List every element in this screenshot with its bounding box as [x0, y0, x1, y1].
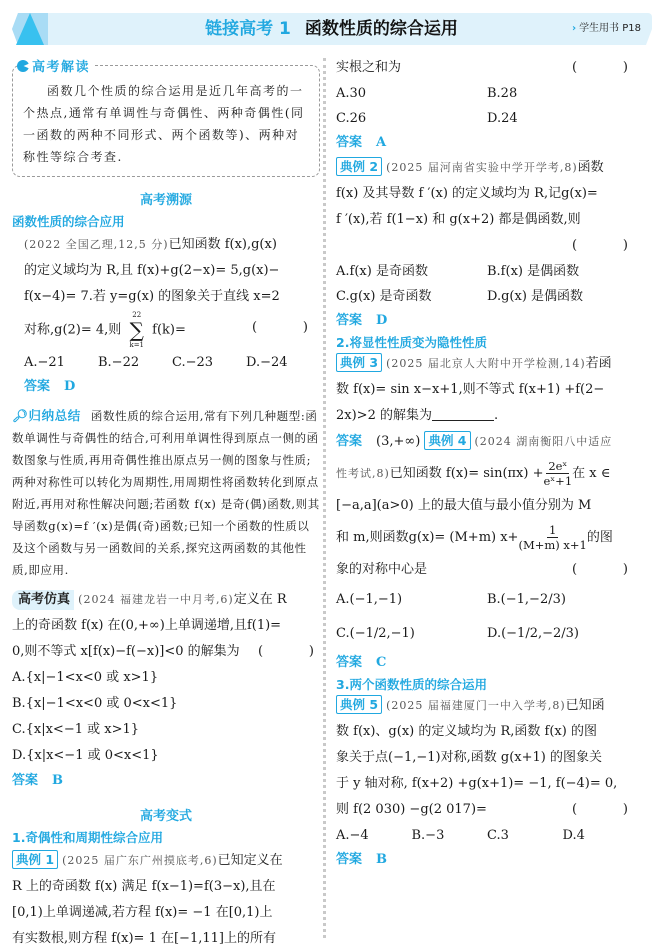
left-column: 高考解读 函数几个性质的综合运用是近几年高考的一个热点,通常有单调性与奇偶性、两… — [12, 55, 320, 949]
options: A.−21B.−22C.−23D.−24 — [24, 350, 320, 375]
subtitle-2: 2.将显性性质变为隐性性质 — [336, 333, 638, 351]
pacman-icon — [17, 60, 29, 72]
chapter-title: 函数性质的综合运用 — [305, 19, 458, 39]
answer: 答案B — [12, 769, 320, 793]
answer: 答案B — [336, 848, 638, 872]
intro-box: 高考解读 函数几个性质的综合运用是近几年高考的一个热点,通常有单调性与奇偶性、两… — [12, 65, 320, 177]
example-3: 典例 3(2025 届北京人大附中开学检测,14)若函 数 f(x)= sin … — [336, 351, 638, 455]
summary-block: 🔎︎归纳总结函数性质的综合运用,常有下列几种题型:函数单调性与奇偶性的结合,可利… — [12, 405, 320, 581]
page-reference: ›学生用书 P18 — [572, 13, 641, 45]
intro-text: 函数几个性质的综合运用是近几年高考的一个热点,通常有单调性与奇偶性、两种奇偶性(… — [23, 80, 309, 168]
section-title-variant: 高考变式 — [12, 805, 320, 824]
section-title-source: 高考溯源 — [12, 189, 320, 208]
ref-text: 学生用书 P18 — [579, 23, 641, 34]
answer-blank[interactable] — [432, 407, 494, 421]
summary-label: 🔎︎归纳总结 — [12, 408, 81, 423]
example-badge: 典例 4 — [424, 431, 470, 450]
answer: 答案A — [336, 131, 638, 155]
answer: 答案C — [336, 651, 638, 675]
simulation-question: 高考仿真 (2024 福建龙岩一中月考,6)定义在 R 上的奇函数 f(x) 在… — [12, 587, 320, 793]
example-badge: 典例 3 — [336, 353, 382, 372]
example-1-cont: 实根之和为() A.30B.28 C.26D.24 答案A — [336, 55, 638, 155]
example-1: 典例 1(2025 届广东广州摸底考,6)已知定义在 R 上的奇函数 f(x) … — [12, 848, 320, 949]
source-question: (2022 全国乙理,12,5 分)已知函数 f(x),g(x) 的定义域均为 … — [12, 232, 320, 399]
intro-label: 高考解读 — [17, 57, 94, 79]
subtitle-1: 1.奇偶性和周期性综合应用 — [12, 828, 320, 846]
right-column: 实根之和为() A.30B.28 C.26D.24 答案A 典例 2(2025 … — [336, 55, 638, 872]
series-label: 链接高考 1 — [205, 19, 291, 39]
example-badge: 典例 2 — [336, 157, 382, 176]
chevron-right-icon: › — [572, 23, 576, 34]
answer: 答案D — [336, 309, 638, 333]
column-divider — [323, 58, 326, 938]
subtitle-3: 3.两个函数性质的综合运用 — [336, 675, 638, 693]
simulation-badge: 高考仿真 — [12, 590, 74, 610]
subtitle-source: 函数性质的综合应用 — [12, 212, 320, 230]
example-5: 典例 5(2025 届福建厦门一中入学考,8)已知函 数 f(x)、g(x) 的… — [336, 693, 638, 872]
summation-symbol: 22∑k=1 — [129, 310, 144, 350]
example-badge: 典例 1 — [12, 850, 58, 869]
example-4: 性考试,8)已知函数 f(x)= sin(πx) +2eˣeˣ+1在 x ∈ [… — [336, 455, 638, 675]
example-2: 典例 2(2025 届河南省实验中学开学考,8)函数 f(x) 及其导数 f ′… — [336, 155, 638, 333]
answer: 答案D — [24, 375, 320, 399]
page-title: 链接高考 1函数性质的综合运用 — [0, 13, 663, 45]
example-badge: 典例 5 — [336, 695, 382, 714]
